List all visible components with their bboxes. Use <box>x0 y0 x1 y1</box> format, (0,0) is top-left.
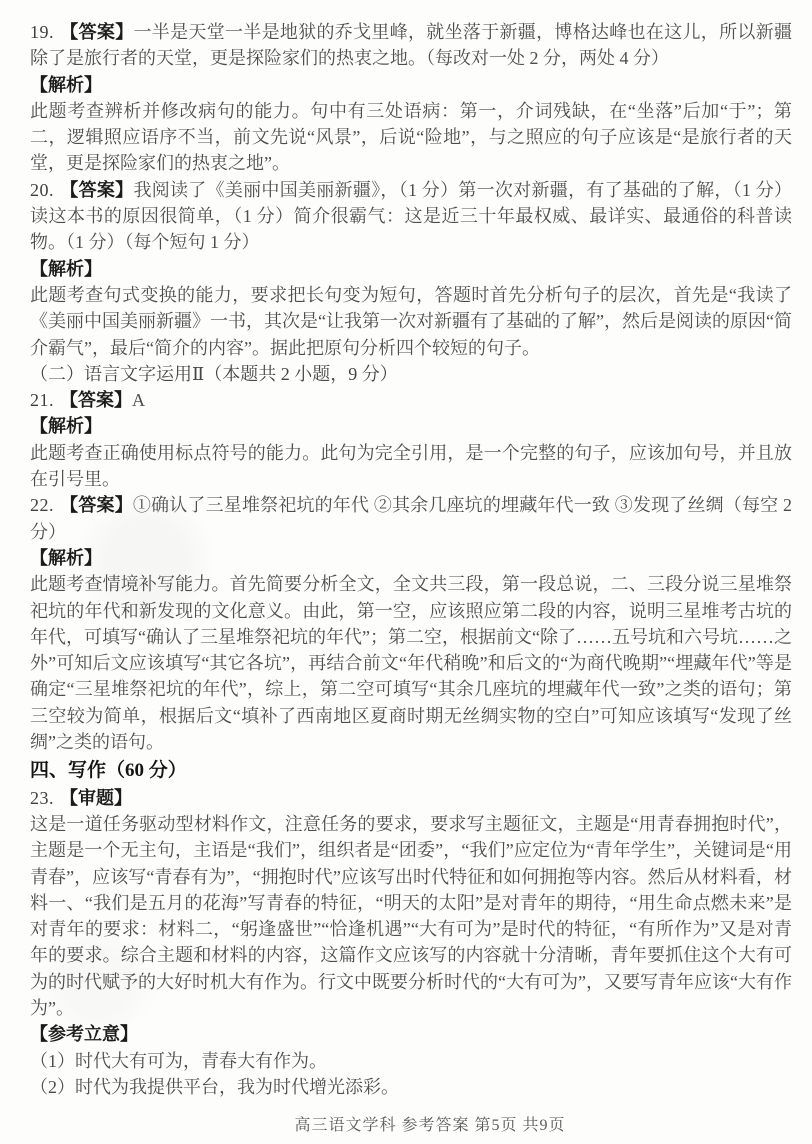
analysis-19-body: 此题考查辨析并修改病句的能力。句中有三处语病：第一，介词残缺，在“坐落”后加“于… <box>30 98 792 177</box>
topic-review-23-body: 这是一道任务驱动型材料作文，注意任务的要求，要求写主题征文，主题是“用青春拥抱时… <box>30 811 792 1021</box>
block-text: （2）时代为我提供平台，我为时代增光添彩。 <box>30 1077 399 1097</box>
block-text: 【解析】 <box>30 416 102 436</box>
reference-idea-2: （2）时代为我提供平台，我为时代增光添彩。 <box>30 1074 792 1100</box>
analysis-22-header: 【解析】 <box>30 545 792 571</box>
answer-22: 22.【答案】①确认了三星堆祭祀坑的年代 ②其余几座坑的埋藏年代一致 ③发现了丝… <box>30 492 792 545</box>
block-text: 【解析】 <box>30 259 102 279</box>
block-text: 此题考查句式变换的能力，要求把长句变为短句，答题时首先分析句子的层次，首先是“我… <box>30 285 792 358</box>
analysis-19-header: 【解析】 <box>30 72 792 98</box>
question-number: 21. <box>30 390 54 410</box>
block-text: 此题考查正确使用标点符号的能力。此句为完全引用，是一个完整的句子，应该加句号，并… <box>30 443 792 489</box>
answer-tag-label: 【答案】 <box>60 390 132 410</box>
analysis-22-body: 此题考查情境补写能力。首先简要分析全文，全文共三段，第一段总说，二、三段分说三星… <box>30 571 792 755</box>
question-number: 23. <box>30 788 54 808</box>
footer-text: 高三语文学科 参考答案 第5页 共9页 <box>294 1117 565 1134</box>
block-text: 一半是天堂一半是地狱的乔戈里峰，就坐落于新疆，博格达峰也在这儿，所以新疆除了是旅… <box>30 22 792 68</box>
block-text: 我阅读了《美丽中国美丽新疆》，（1 分）第一次对新疆，有了基础的了解，（1 分）… <box>30 180 792 253</box>
question-number: 22. <box>30 495 54 515</box>
scanned-answer-key-page: 19.【答案】一半是天堂一半是地狱的乔戈里峰，就坐落于新疆，博格达峰也在这儿，所… <box>0 0 812 1144</box>
answer-key-body: 19.【答案】一半是天堂一半是地狱的乔戈里峰，就坐落于新疆，博格达峰也在这儿，所… <box>30 19 792 1100</box>
block-text: 【解析】 <box>30 548 102 568</box>
analysis-20-body: 此题考查句式变换的能力，要求把长句变为短句，答题时首先分析句子的层次，首先是“我… <box>30 282 792 361</box>
answer-tag-label: 【答案】 <box>60 495 133 515</box>
answer-19: 19.【答案】一半是天堂一半是地狱的乔戈里峰，就坐落于新疆，博格达峰也在这儿，所… <box>30 19 792 72</box>
analysis-20-header: 【解析】 <box>30 256 792 282</box>
block-text: 【参考立意】 <box>30 1024 138 1044</box>
answer-21: 21.【答案】A <box>30 387 792 413</box>
answer-tag-label: 【答案】 <box>60 180 133 200</box>
reference-ideas-header: 【参考立意】 <box>30 1021 792 1047</box>
question-number: 20. <box>30 180 54 200</box>
question-number: 19. <box>30 22 54 42</box>
block-text: ①确认了三星堆祭祀坑的年代 ②其余几座坑的埋藏年代一致 ③发现了丝绸（每空 2 … <box>30 495 792 541</box>
answer-tag-label: 【审题】 <box>60 788 132 808</box>
block-text: 四、写作（60 分） <box>30 760 187 781</box>
block-text: （二）语言文字运用Ⅱ（本题共 2 小题，9 分） <box>30 364 398 384</box>
answer-tag-label: 【答案】 <box>60 22 134 42</box>
block-text: A <box>132 390 145 410</box>
reference-idea-1: （1）时代大有可为，青春大有作为。 <box>30 1048 792 1074</box>
answer-20: 20.【答案】我阅读了《美丽中国美丽新疆》，（1 分）第一次对新疆，有了基础的了… <box>30 177 792 256</box>
block-text: 【解析】 <box>30 75 102 95</box>
page-footer: 高三语文学科 参考答案 第5页 共9页 <box>48 1112 812 1135</box>
analysis-21-header: 【解析】 <box>30 413 792 439</box>
block-text: 此题考查辨析并修改病句的能力。句中有三处语病：第一，介词残缺，在“坐落”后加“于… <box>30 101 792 174</box>
section-writing: 四、写作（60 分） <box>30 758 792 784</box>
question-23-topic-review: 23.【审题】 <box>30 785 792 811</box>
block-text: 此题考查情境补写能力。首先简要分析全文，全文共三段，第一段总说，二、三段分说三星… <box>30 574 792 752</box>
analysis-21-body: 此题考查正确使用标点符号的能力。此句为完全引用，是一个完整的句子，应该加句号，并… <box>30 440 792 493</box>
block-text: （1）时代大有可为，青春大有作为。 <box>30 1051 327 1071</box>
block-text: 这是一道任务驱动型材料作文，注意任务的要求，要求写主题征文，主题是“用青春拥抱时… <box>30 814 792 1018</box>
section-language-use-2: （二）语言文字运用Ⅱ（本题共 2 小题，9 分） <box>30 361 792 387</box>
